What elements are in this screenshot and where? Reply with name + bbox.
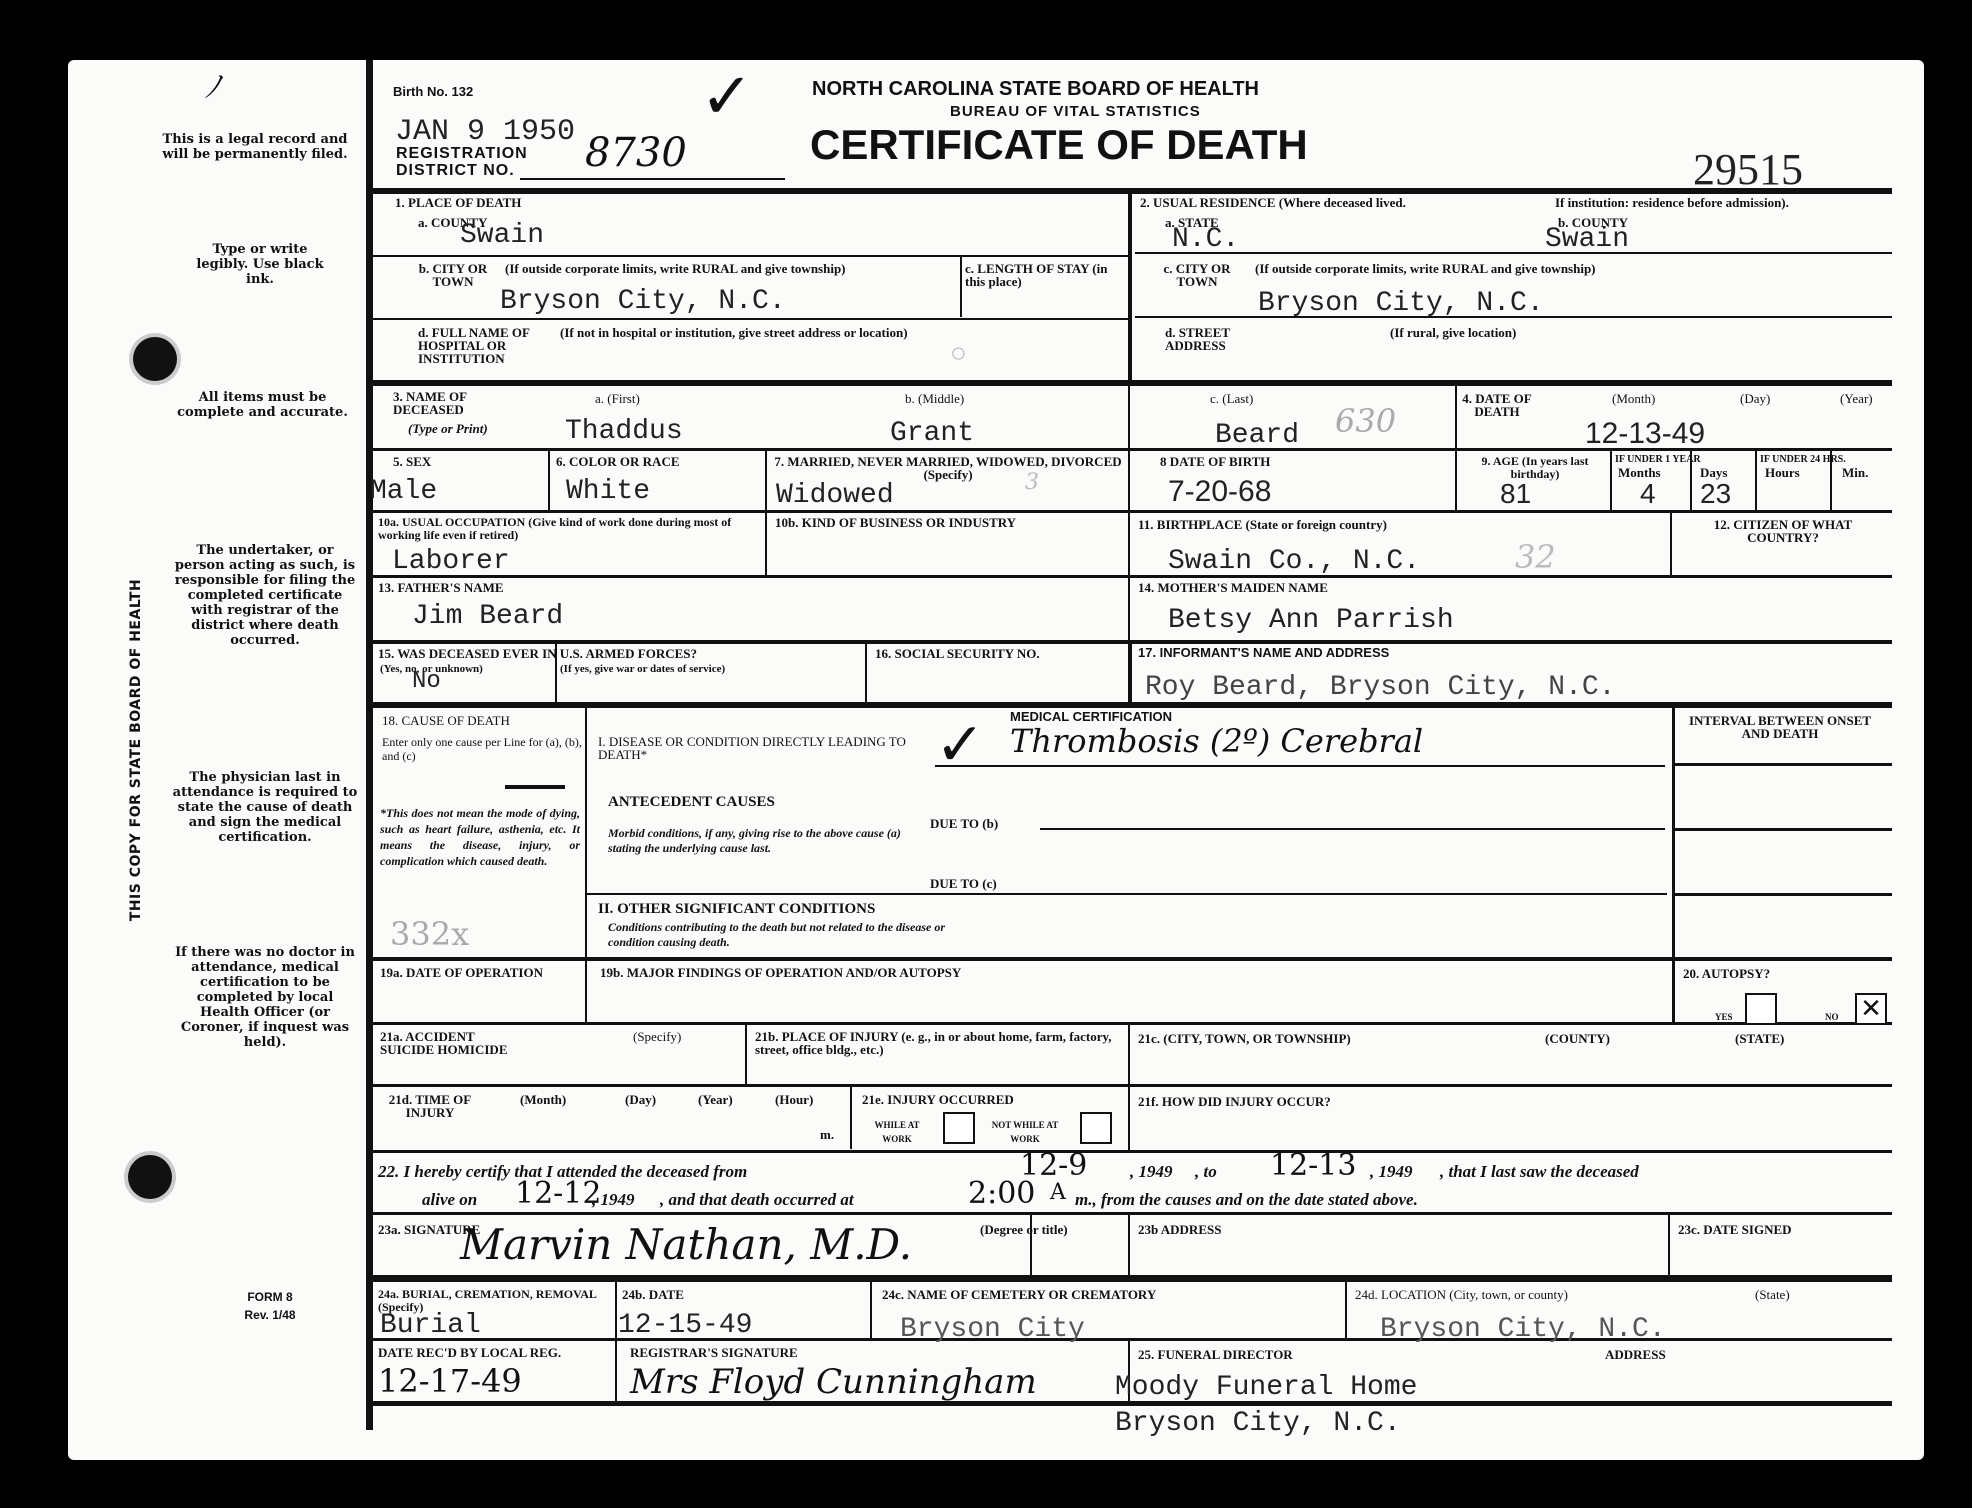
check-mark: ✓: [700, 60, 754, 134]
death-ampm-value: A: [1050, 1180, 1066, 1205]
cause-check-mark: ✓: [935, 710, 985, 780]
sidebar-note-physician: The physician last in attendance is requ…: [170, 770, 360, 845]
punch-hole-bottom: [128, 1155, 172, 1199]
hospital-note: (If not in hospital or institution, give…: [560, 326, 908, 339]
birth-date-value: 7-20-68: [1168, 478, 1271, 506]
birthplace-label: 11. BIRTHPLACE (State or foreign country…: [1138, 518, 1387, 531]
interval-label: INTERVAL BETWEEN ONSET AND DEATH: [1680, 714, 1880, 740]
autopsy-yes-checkbox[interactable]: [1745, 993, 1777, 1025]
armed-forces-sub2: (If yes, give war or dates of service): [560, 662, 725, 677]
pod-city-note: (If outside corporate limits, write RURA…: [505, 262, 846, 275]
autopsy-yes-label: YES: [1715, 1010, 1733, 1025]
last-name-value: Beard: [1215, 422, 1299, 450]
marital-value: Widowed: [776, 482, 894, 510]
res-city-note: (If outside corporate limits, write RURA…: [1255, 262, 1596, 275]
cause-instructions: Enter only one cause per Line for (a), (…: [382, 735, 582, 763]
occupation-label: 10a. USUAL OCCUPATION (Give kind of work…: [378, 516, 758, 542]
date-of-death-value: 12-13-49: [1585, 420, 1705, 448]
death-time-value: 2:00: [968, 1176, 1035, 1211]
district-label: DISTRICT NO.: [396, 163, 515, 178]
injury-time-label: 21d. TIME OF INJURY: [380, 1093, 480, 1119]
place-of-death-label: 1. PLACE OF DEATH: [395, 196, 521, 209]
registrar-signature-label: REGISTRAR'S SIGNATURE: [630, 1346, 798, 1359]
alive-on-value: 12-12: [515, 1176, 601, 1211]
due-to-b-label: DUE TO (b): [930, 817, 998, 830]
pod-county-value: Swain: [460, 222, 544, 250]
registration-label: REGISTRATION: [396, 146, 528, 161]
injury-city-label: 21c. (CITY, TOWN, OR TOWNSHIP): [1138, 1032, 1351, 1045]
first-name-label: a. (First): [595, 392, 640, 405]
cause-code: 332x: [390, 915, 469, 953]
form-number: FORM 8: [200, 1290, 340, 1305]
sex-value: Male: [370, 478, 437, 506]
informant-value: Roy Beard, Bryson City, N.C.: [1145, 674, 1615, 702]
injury-day-label: (Day): [625, 1093, 656, 1106]
mother-value: Betsy Ann Parrish: [1168, 607, 1454, 635]
pod-city-label: b. CITY OR TOWN: [418, 262, 488, 288]
received-stamp-date: JAN 9 1950: [395, 118, 575, 146]
burial-state-label: (State): [1755, 1288, 1790, 1301]
res-county-value: Swain: [1545, 226, 1629, 254]
date-of-death-label: 4. DATE OF DEATH: [1462, 392, 1532, 418]
date-signed-label: 23c. DATE SIGNED: [1678, 1223, 1792, 1236]
marital-annotation: 3: [1025, 470, 1039, 495]
ssn-label: 16. SOCIAL SECURITY NO.: [875, 647, 1040, 660]
injury-place-label: 21b. PLACE OF INJURY (e. g., in or about…: [755, 1030, 1120, 1056]
father-label: 13. FATHER'S NAME: [378, 581, 504, 594]
middle-name-label: b. (Middle): [905, 392, 964, 405]
minutes-label: Min.: [1842, 466, 1868, 479]
punch-hole-top: [133, 337, 177, 381]
vertical-copy-label: THIS COPY FOR STATE BOARD OF HEALTH: [128, 540, 144, 960]
injury-state-label: (STATE): [1735, 1032, 1784, 1045]
marital-label: 7. MARRIED, NEVER MARRIED, WIDOWED, DIVO…: [773, 455, 1123, 481]
funeral-home-name: Moody Funeral Home: [1115, 1374, 1417, 1402]
deceased-name-sub: (Type or Print): [408, 422, 488, 435]
attended-from-year: , 1949: [1130, 1164, 1173, 1179]
alive-on-year: , 1949: [592, 1192, 635, 1207]
funeral-address-label: ADDRESS: [1605, 1348, 1666, 1361]
part1-value: Thrombosis (2º) Cerebral: [1010, 722, 1423, 760]
citizen-label: 12. CITIZEN OF WHAT COUNTRY?: [1678, 518, 1888, 544]
birthplace-annotation: 32: [1515, 538, 1556, 576]
operation-date-label: 19a. DATE OF OPERATION: [380, 966, 580, 979]
dod-month-label: (Month): [1612, 392, 1655, 405]
res-street-note: (If rural, give location): [1390, 326, 1516, 339]
autopsy-label: 20. AUTOPSY?: [1683, 967, 1770, 980]
part2-label: II. OTHER SIGNIFICANT CONDITIONS: [598, 902, 875, 917]
informant-label: 17. INFORMANT'S NAME AND ADDRESS: [1138, 646, 1389, 659]
res-city-label: c. CITY OR TOWN: [1162, 262, 1232, 288]
due-to-c-label: DUE TO (c): [930, 877, 997, 890]
injury-county-label: (COUNTY): [1545, 1032, 1610, 1045]
agency-name: NORTH CAROLINA STATE BOARD OF HEALTH: [812, 82, 1259, 97]
birth-date-label: 8 DATE OF BIRTH: [1160, 455, 1270, 468]
certify-causes-text: m., from the causes and on the date stat…: [1075, 1192, 1418, 1207]
race-label: 6. COLOR OR RACE: [556, 455, 680, 468]
at-work-label: WHILE AT WORK: [862, 1118, 932, 1146]
physician-address-label: 23b ADDRESS: [1138, 1223, 1221, 1236]
occupation-value: Laborer: [392, 548, 510, 576]
res-street-label: d. STREET ADDRESS: [1165, 326, 1265, 352]
autopsy-no-label: NO: [1825, 1010, 1839, 1025]
autopsy-no-checkbox[interactable]: ✕: [1855, 993, 1887, 1025]
sidebar-note-legibly: Type or write legibly. Use black ink.: [185, 242, 335, 287]
form-left-border: [366, 60, 373, 1430]
birthplace-value: Swain Co., N.C.: [1168, 548, 1420, 576]
name-annotation: 630: [1335, 402, 1396, 440]
cause-footnote: *This does not mean the mode of dying, s…: [380, 805, 580, 869]
age-label: 9. AGE (In years last birthday): [1460, 455, 1610, 481]
hours-label: Hours: [1765, 466, 1800, 479]
part2-note: Conditions contributing to the death but…: [608, 920, 988, 950]
armed-forces-value: No: [412, 668, 441, 696]
form-revision: Rev. 1/48: [200, 1308, 340, 1323]
pod-city-value: Bryson City, N.C.: [500, 288, 786, 316]
hospital-value: ○: [950, 342, 967, 370]
injury-how-label: 21f. HOW DID INJURY OCCUR?: [1138, 1095, 1331, 1108]
age-years-value: 81: [1500, 480, 1531, 508]
sex-label: 5. SEX: [393, 455, 431, 468]
degree-label: (Degree or title): [980, 1223, 1068, 1236]
certificate-number: 29515: [1693, 148, 1803, 192]
injury-year-label: (Year): [698, 1093, 733, 1106]
corner-mark: ﾉ: [205, 62, 220, 106]
injury-m-label: m.: [820, 1128, 834, 1141]
injury-occurred-label: 21e. INJURY OCCURRED: [862, 1093, 1014, 1106]
middle-name-value: Grant: [890, 420, 974, 448]
sidebar-note-complete: All items must be complete and accurate.: [170, 390, 355, 420]
injury-month-label: (Month): [520, 1093, 566, 1106]
length-of-stay-label: c. LENGTH OF STAY (in this place): [965, 262, 1125, 288]
document-title: CERTIFICATE OF DEATH: [810, 124, 1308, 166]
business-label: 10b. KIND OF BUSINESS OR INDUSTRY: [775, 516, 1115, 529]
cemetery-value: Bryson City: [900, 1316, 1085, 1344]
sidebar-note-no-doctor: If there was no doctor in attendance, me…: [170, 945, 360, 1050]
sidebar-note-undertaker: The undertaker, or person acting as such…: [170, 543, 360, 648]
attended-to-word: , to: [1195, 1164, 1217, 1179]
sidebar-note-legal: This is a legal record and will be perma…: [150, 132, 360, 162]
cause-label: 18. CAUSE OF DEATH: [382, 714, 510, 727]
attended-to-value: 12-13: [1270, 1148, 1356, 1183]
burial-value: Burial: [380, 1312, 481, 1340]
age-days-value: 23: [1700, 480, 1731, 508]
burial-location-value: Bryson City, N.C.: [1380, 1316, 1666, 1344]
registrar-signature: Mrs Floyd Cunningham: [630, 1362, 1037, 1402]
not-at-work-checkbox[interactable]: [1080, 1112, 1112, 1144]
physician-signature: Marvin Nathan, M.D.: [460, 1220, 912, 1269]
res-city-value: Bryson City, N.C.: [1258, 290, 1544, 318]
part1-label: I. DISEASE OR CONDITION DIRECTLY LEADING…: [598, 735, 918, 761]
attended-to-year: , 1949: [1370, 1164, 1413, 1179]
injury-specify-label: (Specify): [633, 1030, 681, 1043]
injury-hour-label: (Hour): [775, 1093, 813, 1106]
burial-location-label: 24d. LOCATION (City, town, or county): [1355, 1288, 1568, 1301]
bureau-name: BUREAU OF VITAL STATISTICS: [950, 104, 1201, 119]
residence-label: 2. USUAL RESIDENCE (Where deceased lived…: [1140, 196, 1406, 209]
last-name-label: c. (Last): [1210, 392, 1253, 405]
certify-last-saw-text: , that I last saw the deceased: [1440, 1164, 1639, 1179]
date-received-label: DATE REC'D BY LOCAL REG.: [378, 1346, 608, 1359]
injury-type-label: 21a. ACCIDENT SUICIDE HOMICIDE: [380, 1030, 520, 1056]
burial-date-value: 12-15-49: [618, 1312, 752, 1340]
cemetery-label: 24c. NAME OF CEMETERY OR CREMATORY: [882, 1288, 1156, 1301]
antecedent-note: Morbid conditions, if any, giving rise t…: [608, 826, 928, 856]
death-occurred-text: , and that death occurred at: [660, 1192, 854, 1207]
mother-label: 14. MOTHER'S MAIDEN NAME: [1138, 581, 1328, 594]
deceased-name-label: 3. NAME OF DECEASED: [393, 390, 483, 416]
district-number: 8730: [585, 130, 687, 176]
res-state-value: N.C.: [1172, 226, 1239, 254]
operation-findings-label: 19b. MAJOR FINDINGS OF OPERATION AND/OR …: [600, 966, 961, 979]
age-months-value: 4: [1640, 480, 1656, 508]
father-value: Jim Beard: [412, 603, 563, 631]
funeral-director-label: 25. FUNERAL DIRECTOR: [1138, 1348, 1293, 1361]
burial-date-label: 24b. DATE: [622, 1288, 684, 1301]
antecedent-label: ANTECEDENT CAUSES: [608, 795, 775, 810]
hospital-label: d. FULL NAME OF HOSPITAL OR INSTITUTION: [418, 326, 558, 365]
residence-note: If institution: residence before admissi…: [1555, 196, 1789, 209]
dod-day-label: (Day): [1740, 392, 1770, 405]
armed-forces-label: 15. WAS DECEASED EVER IN U.S. ARMED FORC…: [378, 647, 697, 660]
alive-on-label: alive on: [422, 1192, 477, 1207]
funeral-home-address: Bryson City, N.C.: [1115, 1410, 1401, 1438]
dod-year-label: (Year): [1840, 392, 1873, 405]
first-name-value: Thaddus: [565, 418, 683, 446]
not-at-work-label: NOT WHILE AT WORK: [985, 1118, 1065, 1146]
at-work-checkbox[interactable]: [943, 1112, 975, 1144]
birth-number: Birth No. 132: [393, 84, 473, 99]
race-value: White: [566, 478, 650, 506]
date-received-value: 12-17-49: [378, 1362, 522, 1400]
